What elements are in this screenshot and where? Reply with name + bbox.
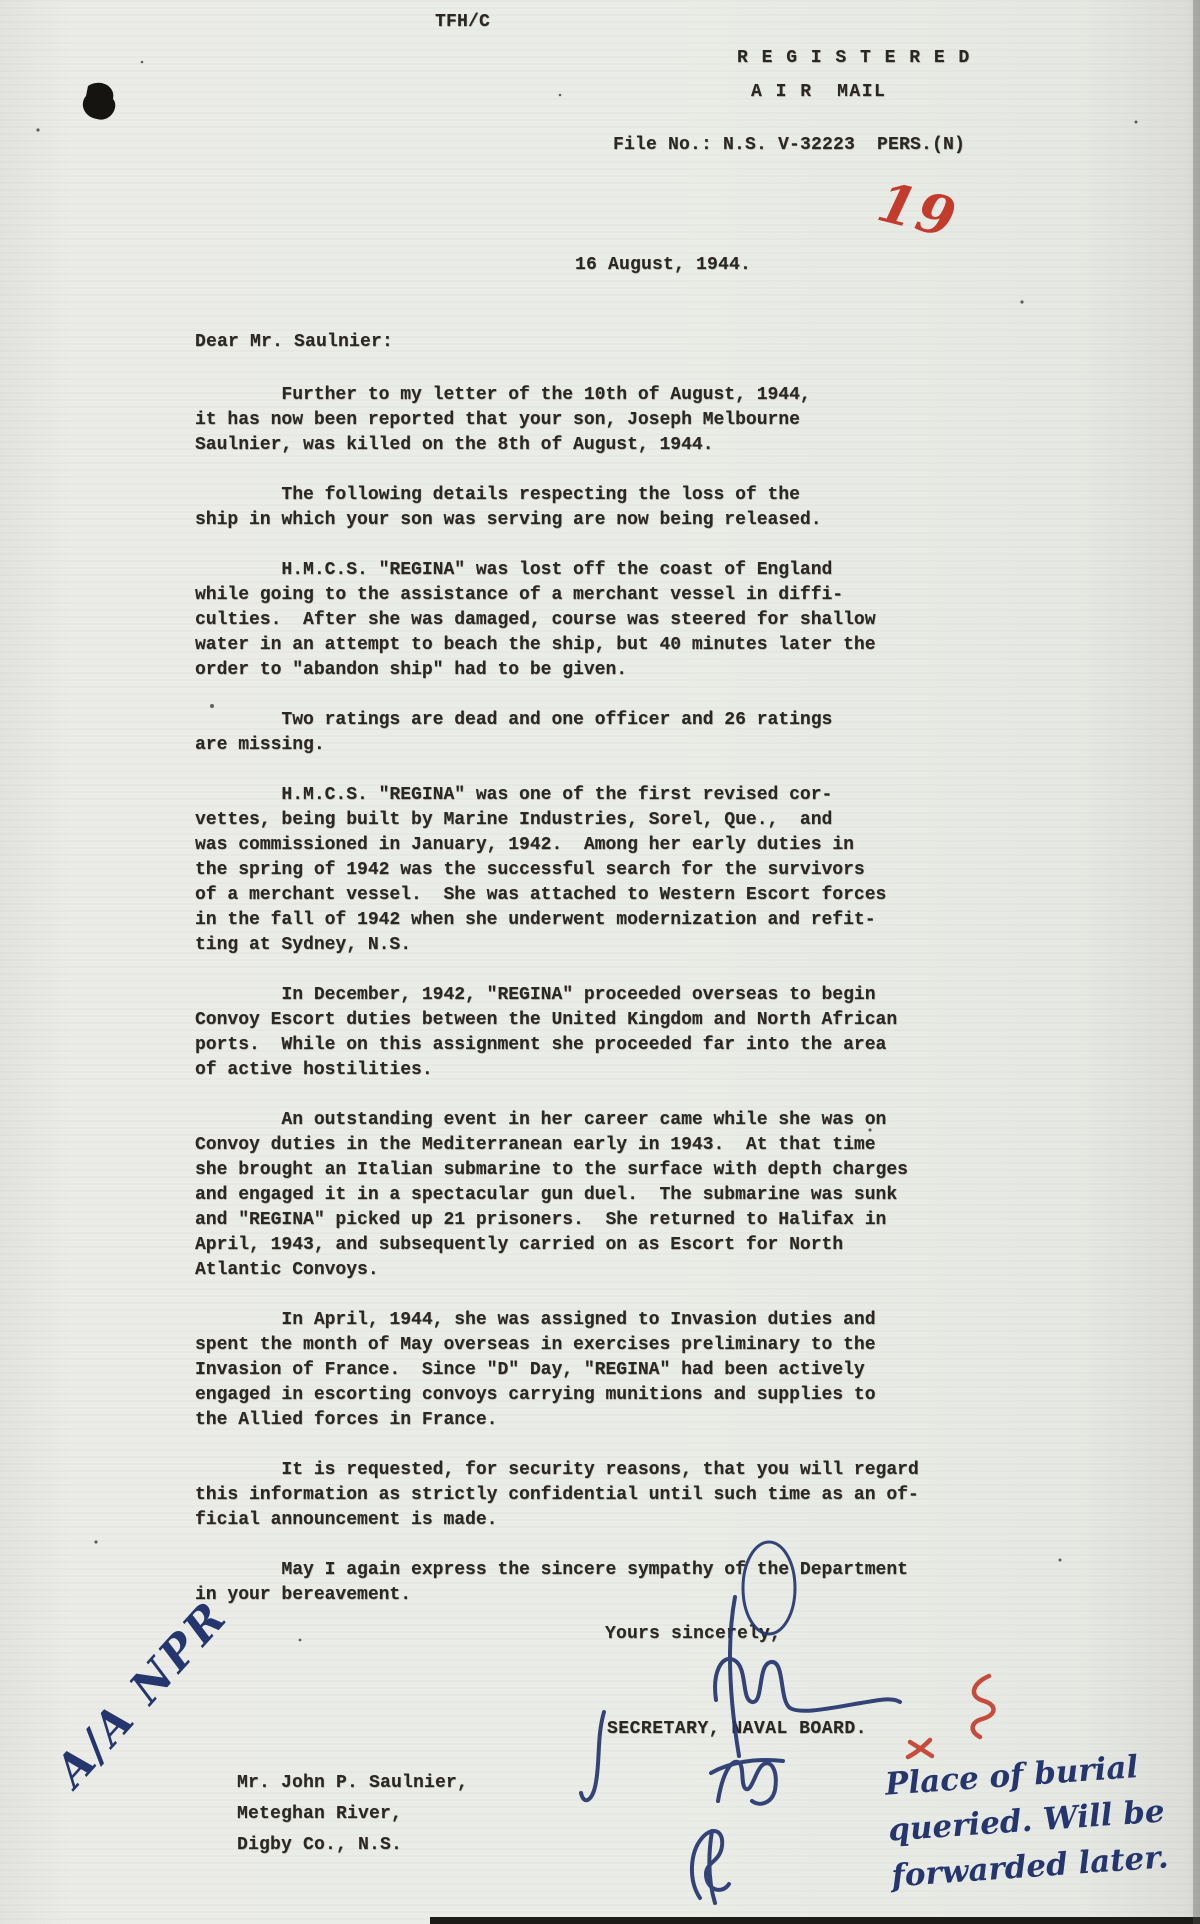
paper-hole [83,83,115,120]
letter-paragraph: In December, 1942, "REGINA" proceeded ov… [195,983,955,1083]
loop-ink [692,1831,729,1898]
letter-paragraph: An outstanding event in her career came … [195,1108,955,1283]
letter-paragraph: May I again express the sincere sympathy… [195,1558,955,1608]
letter-paragraph: Further to my letter of the 10th of Augu… [195,383,955,458]
letter-paragraph: In April, 1944, she was assigned to Inva… [195,1308,955,1433]
loop-ink [709,1831,715,1903]
valediction: Yours sincerely, [605,1622,781,1647]
letter-paragraph: H.M.C.S. "REGINA" was lost off the coast… [195,558,955,683]
signature-ink [715,1659,900,1711]
scan-edge-right [1193,0,1200,1924]
letter-body: Further to my letter of the 10th of Augu… [195,383,955,1633]
letter-page: TFH/C R E G I S T E R E D A I R MAIL Fil… [0,0,1200,1924]
monogram-ink [718,1762,776,1804]
file-number: File No.: N.S. V-32223 PERS.(N) [613,133,965,158]
signer-title: SECRETARY, NAVAL BOARD. [607,1717,867,1742]
registered-stamp: R E G I S T E R E D [737,46,971,71]
air-mail-stamp: A I R MAIL [751,80,886,105]
typist-reference: TFH/C [435,10,490,35]
scan-edge-bottom [430,1917,1200,1924]
recipient-address: Mr. John P. Saulnier, Meteghan River, Di… [237,1768,468,1861]
monogram-ink [711,1760,783,1773]
letter-paragraph: The following details respecting the los… [195,483,955,533]
signature-flourish-ink [581,1712,604,1800]
burial-note-annotation: Place of burial queried. Will be forward… [884,1742,1170,1899]
letter-paragraph: Two ratings are dead and one officer and… [195,708,955,758]
letter-paragraph: It is requested, for security reasons, t… [195,1458,955,1533]
letter-paragraph: H.M.C.S. "REGINA" was one of the first r… [195,783,955,958]
page-number-annotation: 19 [871,169,963,250]
red-check-ink [908,1740,930,1757]
initials-annotation: A/A NPR [46,1591,238,1796]
red-check-ink [910,1742,932,1756]
salutation: Dear Mr. Saulnier: [195,330,393,355]
date-line: 16 August, 1944. [575,253,751,278]
red-squiggle-ink [973,1676,994,1737]
